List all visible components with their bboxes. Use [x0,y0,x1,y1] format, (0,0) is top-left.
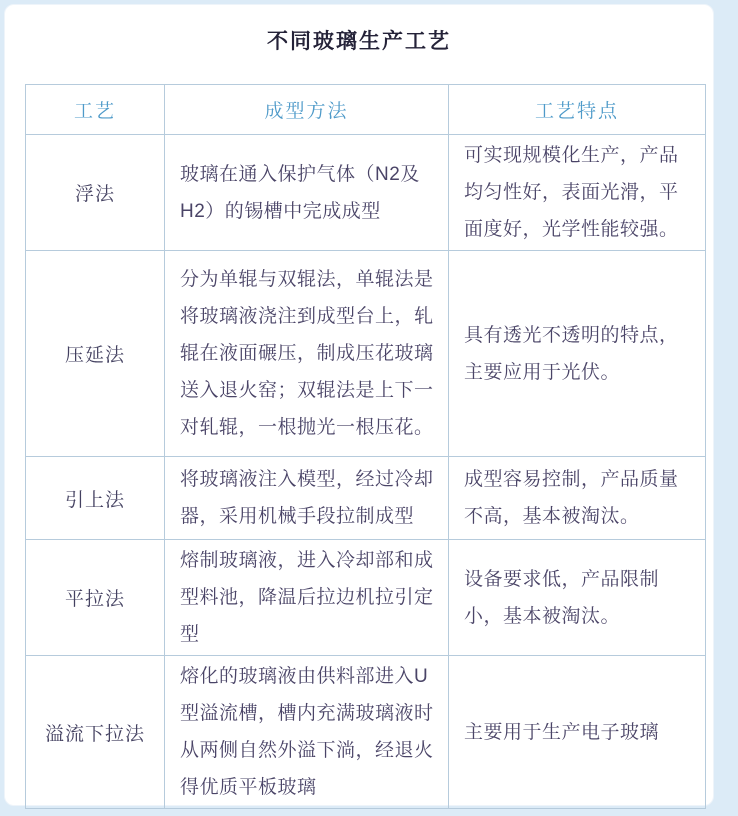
process-features: 主要用于生产电子玻璃 [449,656,706,809]
content-card: 不同玻璃生产工艺 工艺 成型方法 工艺特点 浮法 玻璃在通入保护气体（N2及H2… [4,4,714,806]
table-row: 溢流下拉法 熔化的玻璃液由供料部进入U型溢流槽，槽内充满玻璃液时从两侧自然外溢下… [26,656,706,809]
table-row: 压延法 分为单辊与双辊法，单辊法是将玻璃液浇注到成型台上，轧辊在液面碾压，制成压… [26,251,706,457]
forming-method: 分为单辊与双辊法，单辊法是将玻璃液浇注到成型台上，轧辊在液面碾压，制成压花玻璃送… [165,251,449,457]
process-name: 溢流下拉法 [26,656,165,809]
forming-method: 熔制玻璃液，进入冷却部和成型料池，降温后拉边机拉引定型 [165,540,449,656]
column-header-method: 成型方法 [165,85,449,135]
forming-method: 玻璃在通入保护气体（N2及H2）的锡槽中完成成型 [165,135,449,251]
table-row: 浮法 玻璃在通入保护气体（N2及H2）的锡槽中完成成型 可实现规模化生产，产品均… [26,135,706,251]
process-name: 浮法 [26,135,165,251]
process-name: 引上法 [26,457,165,540]
forming-method: 熔化的玻璃液由供料部进入U型溢流槽，槽内充满玻璃液时从两侧自然外溢下淌，经退火得… [165,656,449,809]
process-name: 平拉法 [26,540,165,656]
column-header-features: 工艺特点 [449,85,706,135]
process-name: 压延法 [26,251,165,457]
process-features: 设备要求低，产品限制小，基本被淘汰。 [449,540,706,656]
process-features: 成型容易控制，产品质量不高，基本被淘汰。 [449,457,706,540]
process-features: 可实现规模化生产，产品均匀性好，表面光滑，平面度好，光学性能较强。 [449,135,706,251]
table-row: 引上法 将玻璃液注入模型，经过冷却器，采用机械手段拉制成型 成型容易控制，产品质… [26,457,706,540]
table-row: 平拉法 熔制玻璃液，进入冷却部和成型料池，降温后拉边机拉引定型 设备要求低，产品… [26,540,706,656]
table-header-row: 工艺 成型方法 工艺特点 [26,85,706,135]
column-header-process: 工艺 [26,85,165,135]
forming-method: 将玻璃液注入模型，经过冷却器，采用机械手段拉制成型 [165,457,449,540]
process-features: 具有透光不透明的特点，主要应用于光伏。 [449,251,706,457]
glass-process-table: 工艺 成型方法 工艺特点 浮法 玻璃在通入保护气体（N2及H2）的锡槽中完成成型… [25,84,706,809]
page-title: 不同玻璃生产工艺 [5,25,713,55]
